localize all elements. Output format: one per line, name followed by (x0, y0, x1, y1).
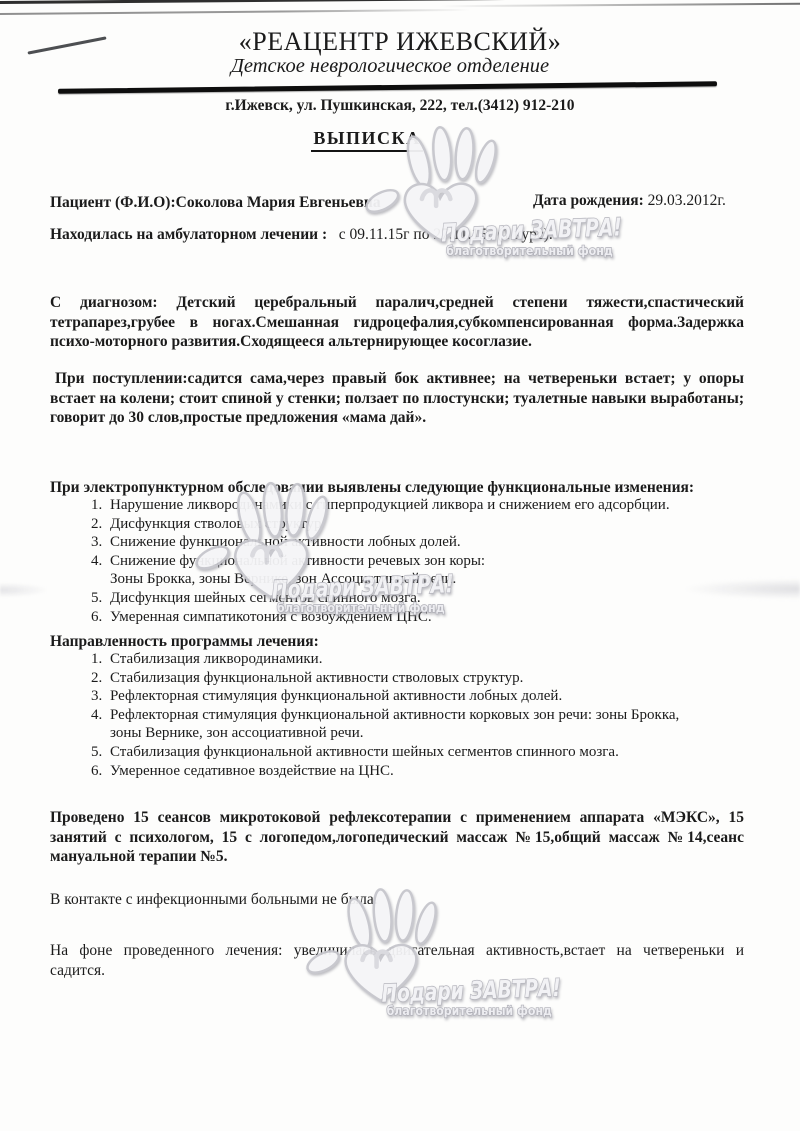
watermark-bottom (302, 898, 564, 1022)
list-item: Стабилизация ликвородинамики. (106, 650, 750, 669)
treatment-paragraph: Проведено 15 сеансов микротоковой рефлек… (50, 808, 744, 867)
department-name: Детское неврологическое отделение (0, 55, 780, 78)
scan-smudge (0, 583, 46, 597)
address-line: г.Ижевск, ул. Пушкинская, 222, тел.(3412… (0, 97, 800, 115)
header-rule (58, 81, 717, 93)
list-item: Стабилизация функциональной активности ш… (106, 743, 750, 762)
birth-date-value: 29.03.2012г. (648, 192, 726, 209)
stay-label: Находилась на амбулаторном лечении : (50, 226, 327, 243)
scan-edge-line (0, 9, 470, 15)
org-name: «РЕАЦЕНТР ИЖЕВСКИЙ» (0, 27, 800, 57)
patient-name-line: Пациент (Ф.И.О):Соколова Мария Евгеньевн… (50, 194, 381, 212)
program-list: Стабилизация ликвородинамики. Стабилизац… (50, 650, 750, 780)
scanned-page: «РЕАЦЕНТР ИЖЕВСКИЙ» Детское неврологичес… (0, 0, 800, 1131)
scan-edge-line (440, 3, 800, 8)
watermark-middle (191, 492, 457, 619)
diagnosis-paragraph: С диагнозом: Детский церебральный парали… (50, 293, 744, 352)
list-item: Рефлекторная стимуляция функциональной а… (106, 706, 750, 743)
list-item: Рефлекторная стимуляция функциональной а… (106, 687, 750, 706)
list-item: Умеренное седативное воздействие на ЦНС. (106, 762, 750, 781)
admission-paragraph: При поступлении:садится сама,через правы… (50, 369, 744, 428)
program-heading: Направленность программы лечения: (50, 633, 319, 651)
list-item: Стабилизация функциональной активности с… (106, 669, 750, 688)
watermark-top (361, 136, 625, 262)
